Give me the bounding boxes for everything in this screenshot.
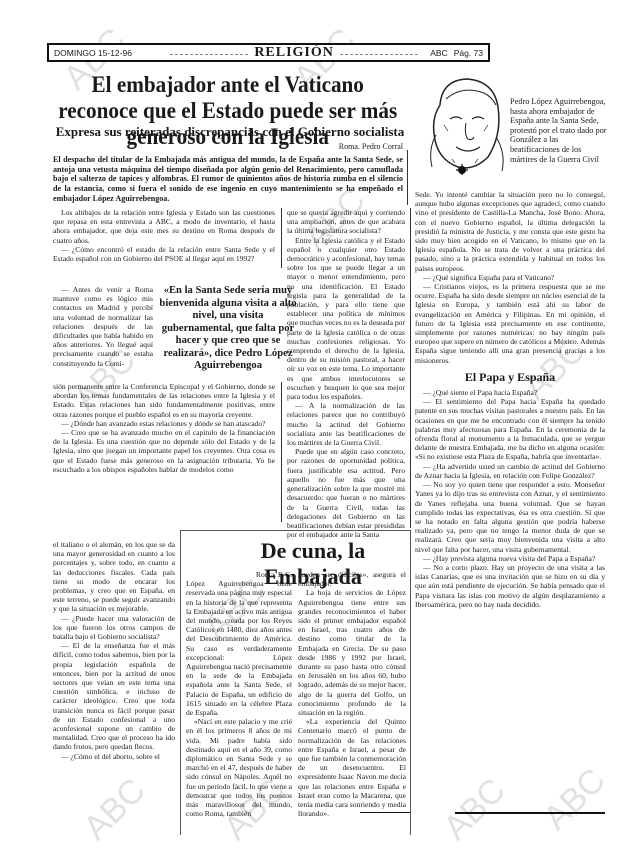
article-column-1-bottom: el italiano o el alemán, en los que se d… — [53, 540, 175, 761]
paragraph: Sede. Yo intenté cambiar la situación pe… — [415, 190, 605, 273]
paragraph: sión permanente entre la Conferencia Epi… — [53, 382, 275, 419]
masthead: DOMINGO 15-12-96 RELIGIÓN ABC Pág. 73 — [47, 43, 490, 62]
paragraph: — ¿Puede hacer una valoración de los que… — [53, 614, 175, 642]
paragraph: — No soy yo quien tiene que responder a … — [415, 480, 605, 554]
section-subhead: El Papa y España — [415, 373, 605, 382]
paragraph: Entre la Iglesia católica y el Estado es… — [287, 236, 405, 402]
paragraph: — No a corto plazo. Hay un proyecto de u… — [415, 563, 605, 609]
article-column-1-top: Los altibajos de la relación entre Igles… — [53, 208, 275, 263]
paragraph: — El de la enseñanza fue el más difícil,… — [53, 641, 175, 751]
publication-name: ABC — [430, 48, 447, 58]
photo-caption: Pedro López Aguirrebengoa, hasta ahora e… — [510, 97, 610, 164]
portrait-illustration — [422, 75, 507, 175]
paragraph: López Aguirrebengoa tiene reservada una … — [186, 579, 292, 717]
paragraph: — ¿Qué significa España para el Vaticano… — [415, 273, 605, 282]
paragraph: La hoja de servicios de López Aguirreben… — [298, 588, 406, 717]
article-column-3: Sede. Yo intenté cambiar la situación pe… — [415, 190, 605, 609]
article-column-2: que se quería agredir aquí y corriendo u… — [287, 208, 405, 539]
watermark: ABC — [76, 771, 153, 848]
paragraph: — A la normalización de las relaciones p… — [287, 401, 405, 447]
paragraph: Los altibajos de la relación entre Igles… — [53, 208, 275, 245]
article-lede: El despacho del titular de la Embajada m… — [53, 155, 403, 204]
masthead-date: DOMINGO 15-12-96 — [54, 48, 164, 58]
masthead-rule — [340, 50, 418, 55]
column-divider — [281, 382, 282, 522]
watermark: ABC — [536, 761, 613, 838]
paragraph: — El sentimiento del Papa hacia España h… — [415, 397, 605, 461]
box-column-1: Roma, P. C. López Aguirrebengoa tiene re… — [186, 570, 292, 818]
paragraph: — Antes de venir a Roma mantuve como es … — [53, 285, 153, 368]
paragraph: Puede que en algún caso concreto, por ra… — [287, 447, 405, 539]
article-subheadline: Expresa sus reiteradas discrepancias con… — [55, 124, 405, 140]
paragraph: el italiano o el alemán, en los que se d… — [53, 540, 175, 614]
paragraph: «La experiencia del Quinto Centenario ma… — [298, 717, 406, 818]
bottom-rule — [455, 812, 605, 814]
paragraph: — ¿Qué siente el Papa hacia España? — [415, 388, 605, 397]
paragraph: «Nací en este palacio y me crié en él lo… — [186, 717, 292, 818]
paragraph: pueden ser difíciles», asegura el embaja… — [298, 570, 406, 588]
box-left-rule — [180, 530, 181, 835]
box-byline: Roma, P. C. — [186, 570, 292, 579]
column-divider — [410, 208, 411, 528]
masthead-rule — [170, 50, 248, 55]
paragraph: — ¿Dónde han avanzado estas relaciones y… — [53, 419, 275, 428]
pull-quote: «En la Santa Sede sería muy bienvenida a… — [158, 285, 298, 373]
paragraph: — ¿Hay prevista alguna nueva visita del … — [415, 554, 605, 563]
box-top-rule — [180, 530, 410, 531]
article-byline: Roma. Pedro Corral — [300, 142, 403, 151]
box-right-rule — [410, 530, 411, 835]
paragraph: — ¿Cómo encontró el estado de la relació… — [53, 245, 275, 263]
paragraph: — ¿Cómo el del aborto, sobre el — [53, 752, 175, 761]
paragraph: — Creo que se ha avanzado mucho en el ca… — [53, 428, 275, 474]
column-divider — [281, 208, 282, 268]
paragraph: — Cristianos viejos, es la primera respu… — [415, 282, 605, 365]
column-divider — [407, 150, 408, 205]
bottom-rule — [360, 812, 410, 813]
box-column-2: pueden ser difíciles», asegura el embaja… — [298, 570, 406, 818]
article-column-1-continued: sión permanente entre la Conferencia Epi… — [53, 382, 275, 474]
section-title: RELIGIÓN — [254, 45, 334, 61]
page-number: Pág. 73 — [454, 48, 483, 58]
paragraph: que se quería agredir aquí y corriendo u… — [287, 208, 405, 236]
portrait-icon — [422, 75, 507, 175]
paragraph: — ¿Ha advertido usted un cambio de actit… — [415, 462, 605, 480]
watermark: ABC — [436, 771, 513, 848]
article-column-1-narrow: — Antes de venir a Roma mantuve como es … — [53, 285, 153, 368]
